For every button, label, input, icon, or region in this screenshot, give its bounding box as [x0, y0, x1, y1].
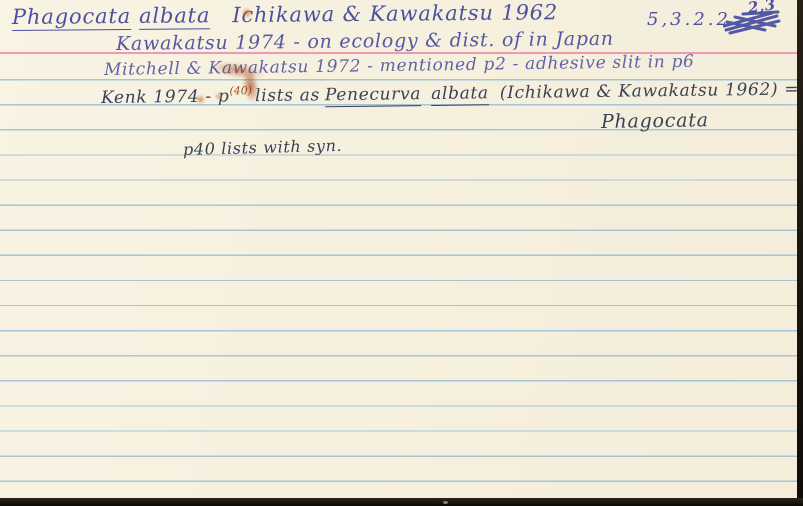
ref3-suffix: (Ichikawa & Kawakatsu 1962) =	[500, 79, 797, 103]
ink-scribble	[723, 8, 781, 35]
reference-line-3: Kenk 1974 - p(40)lists asPenecurvaalbata…	[101, 77, 797, 108]
scan-background: PhagocataalbataIchikawa & Kawakatsu 1962…	[0, 0, 803, 506]
reference-line-1: Kawakatsu 1974 - on ecology & dist. of i…	[116, 28, 614, 55]
ref3-superscript: (40)	[229, 84, 252, 97]
scan-edge-bottom	[0, 498, 803, 506]
species-name: albata	[139, 3, 210, 30]
reference-line-3-continuation: Phagocata	[601, 109, 709, 133]
ref3-mid: lists as	[255, 85, 320, 106]
ref3-prefix: Kenk 1974 - p	[101, 86, 230, 108]
index-card: PhagocataalbataIchikawa & Kawakatsu 1962…	[0, 0, 797, 498]
ref3-genus-name: Penecurva	[325, 84, 421, 107]
authority-text: Ichikawa & Kawakatsu 1962	[232, 0, 558, 27]
ruled-lines	[0, 79, 797, 498]
scan-dust-speck	[443, 501, 448, 504]
title-line: PhagocataalbataIchikawa & Kawakatsu 1962	[12, 0, 558, 29]
genus-name: Phagocata	[12, 4, 131, 31]
ref3-species-name: albata	[431, 83, 489, 106]
catalog-number: 5,3.2.2	[647, 9, 731, 30]
reference-line-2: Mitchell & Kawakatsu 1972 - mentioned p2…	[104, 52, 695, 80]
scan-edge-right	[797, 0, 803, 506]
note-line: p40 lists with syn.	[183, 136, 343, 159]
